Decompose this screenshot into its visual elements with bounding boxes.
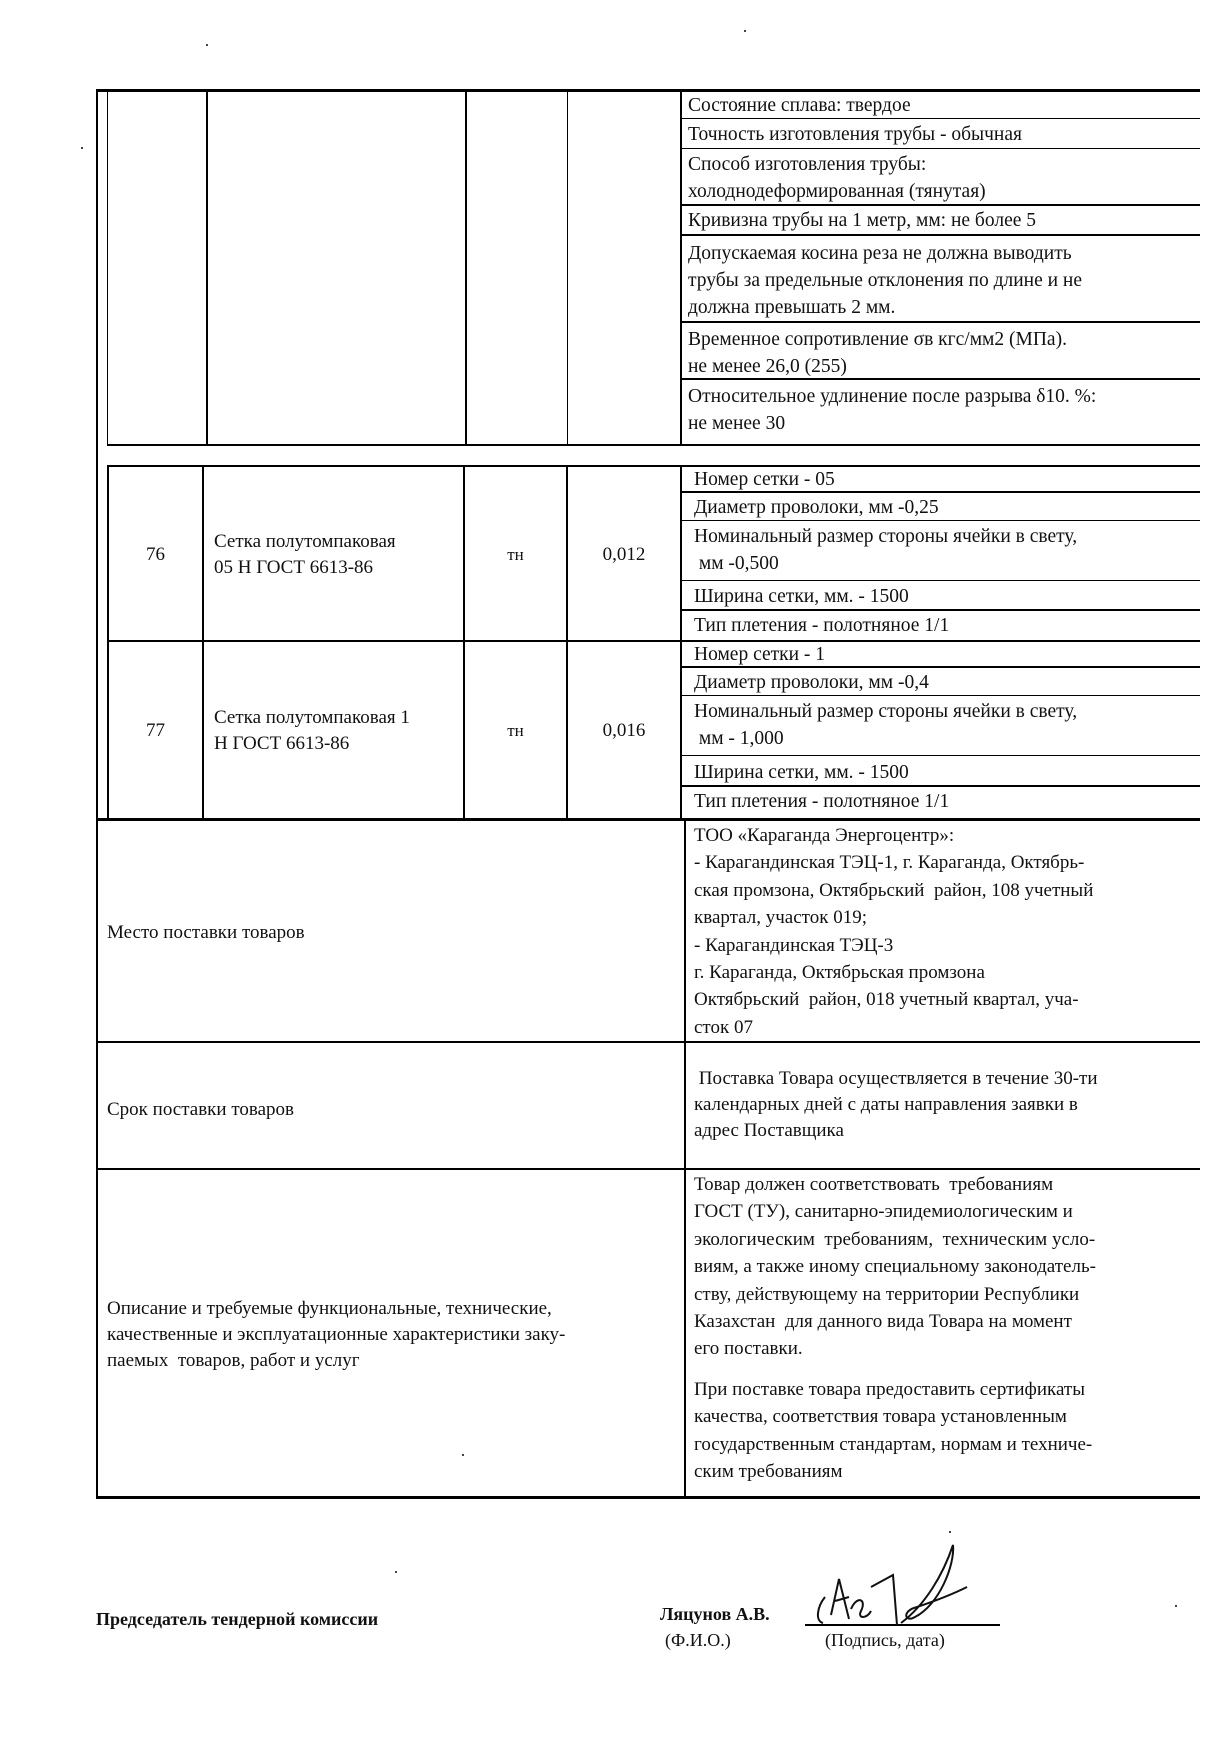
scan-speck: [395, 1571, 397, 1573]
spec-alloy-state: Состояние сплава: твердое: [688, 92, 911, 119]
item-spec: Номер сетки - 1: [694, 641, 825, 668]
handwritten-signature-icon: [805, 1535, 985, 1635]
signature-role: Председатель тендерной комиссии: [96, 1606, 378, 1632]
item-spec: Номер сетки - 05: [694, 466, 835, 493]
item-spec: Ширина сетки, мм. - 1500: [694, 759, 909, 786]
name-caption: (Ф.И.О.): [665, 1627, 731, 1653]
spec-pipe-curvature: Кривизна трубы на 1 метр, мм: не более 5: [688, 207, 1036, 234]
spec-pipe-method: Способ изготовления трубы: холоднодеформ…: [688, 151, 986, 205]
spec-elongation: Относительное удлинение после разрыва δ1…: [688, 383, 1096, 437]
scan-speck: [744, 30, 746, 32]
item-unit: тн: [465, 542, 566, 568]
scan-speck: [81, 147, 83, 149]
item-spec: Номинальный размер стороны ячейки в свет…: [694, 523, 1077, 577]
item-spec: Ширина сетки, мм. - 1500: [694, 583, 909, 610]
item-number: 76: [109, 542, 202, 568]
description-label: Описание и требуемые функциональные, тех…: [107, 1296, 565, 1374]
scan-speck: [949, 1531, 951, 1533]
item-name: Сетка полутомпаковая 05 Н ГОСТ 6613-86: [214, 529, 396, 581]
item-spec: Диаметр проволоки, мм -0,25: [694, 494, 939, 521]
delivery-time-label: Срок поставки товаров: [107, 1097, 294, 1123]
item-name: Сетка полутомпаковая 1 Н ГОСТ 6613-86: [214, 705, 410, 757]
scan-speck: [1175, 1605, 1177, 1607]
spec-cut-skew: Допускаемая косина реза не должна выводи…: [688, 240, 1082, 321]
description-value-requirements: Товар должен соответствовать требованиям…: [694, 1171, 1096, 1363]
spec-pipe-precision: Точность изготовления трубы - обычная: [688, 121, 1022, 148]
description-value-certificates: При поставке товара предоставить сертифи…: [694, 1376, 1092, 1486]
scan-speck: [206, 44, 208, 46]
item-number: 77: [109, 718, 202, 744]
delivery-time-value: Поставка Товара осуществляется в течение…: [694, 1066, 1098, 1144]
signatory-name: Ляцунов А.В.: [660, 1601, 770, 1627]
item-unit: тн: [465, 718, 566, 744]
item-spec: Номинальный размер стороны ячейки в свет…: [694, 698, 1077, 752]
delivery-place-value: ТОО «Караганда Энергоцентр»: - Караганди…: [694, 822, 1093, 1041]
delivery-place-label: Место поставки товаров: [107, 920, 305, 946]
item-spec: Тип плетения - полотняное 1/1: [694, 788, 949, 815]
scan-speck: [462, 1454, 464, 1456]
item-spec: Диаметр проволоки, мм -0,4: [694, 669, 929, 696]
spec-tensile-strength: Временное сопротивление σв кгс/мм2 (МПа)…: [688, 326, 1067, 380]
item-spec: Тип плетения - полотняное 1/1: [694, 612, 949, 639]
item-quantity: 0,012: [568, 542, 680, 568]
item-quantity: 0,016: [568, 718, 680, 744]
